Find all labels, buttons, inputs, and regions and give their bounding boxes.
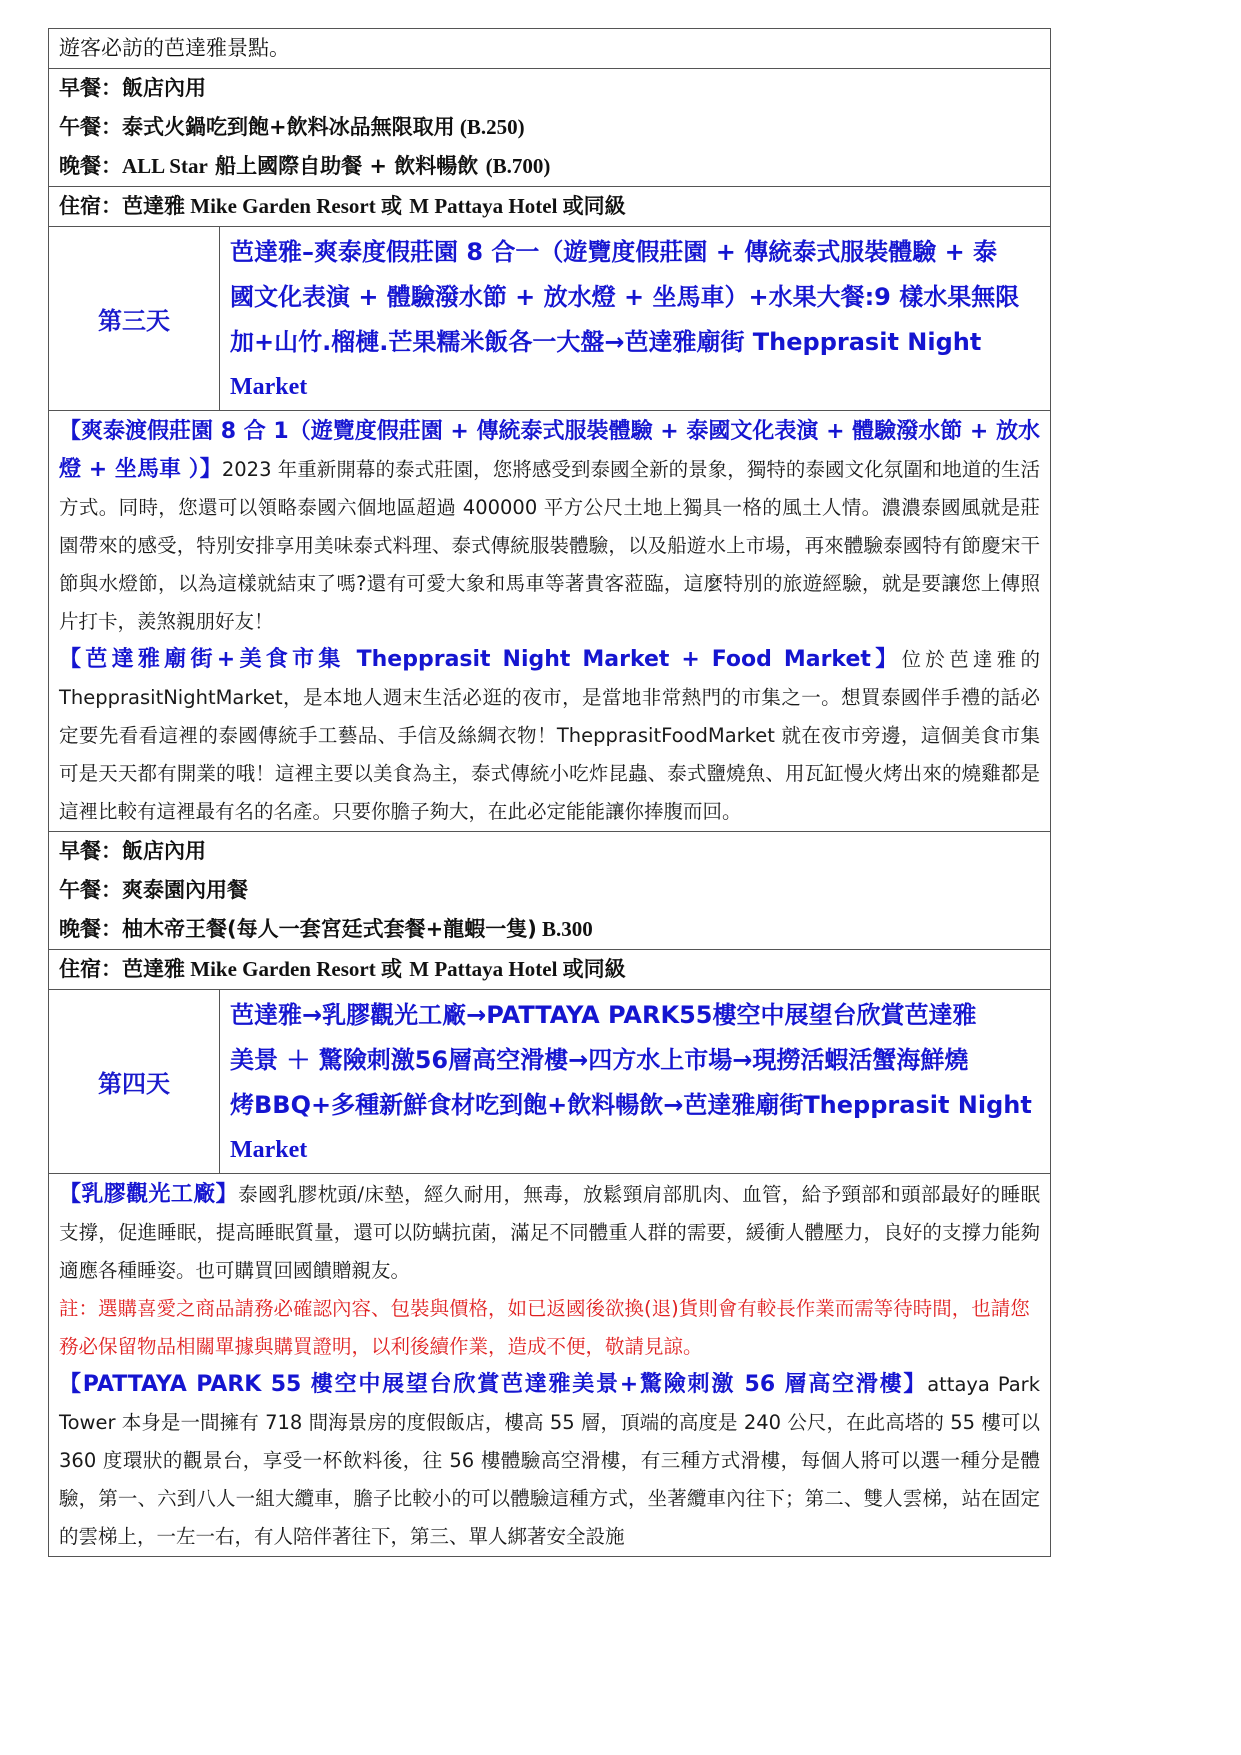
day3-header-row: 第三天 芭達雅–爽泰度假莊園 8 合一（遊覽度假莊園 + 傳統泰式服裝體驗 + … bbox=[49, 227, 1051, 411]
itinerary-table: 遊客必訪的芭達雅景點。 早餐：飯店內用 午餐：泰式火鍋吃到飽+飲料冰品無限取用 … bbox=[48, 28, 1051, 1557]
day4-label: 第四天 bbox=[98, 1070, 170, 1098]
day3-title-line: 加+山竹.榴槤.芒果糯米飯各一大盤→芭達雅廟街 Thepprasit Night bbox=[230, 320, 1040, 365]
dinner-text: 晚餐：柚木帝王餐(每人一套宮廷式套餐+龍蝦一隻) bbox=[59, 917, 537, 941]
day3-section2-heading: 【芭達雅廟街+美食市集 Thepprasit Night Market + Fo… bbox=[59, 647, 902, 672]
dinner-text: 船上國際自助餐 + 飲料暢飲 bbox=[208, 154, 486, 178]
day4-section1-heading: 【乳膠觀光工廠】 bbox=[59, 1182, 238, 1207]
day3-title: 芭達雅–爽泰度假莊園 8 合一（遊覽度假莊園 + 傳統泰式服裝體驗 + 泰 國文… bbox=[230, 229, 1040, 410]
dinner-line: 晚餐：柚木帝王餐(每人一套宮廷式套餐+龍蝦一隻) B.300 bbox=[59, 910, 1040, 949]
day4-title-cell: 芭達雅→乳膠觀光工廠→PATTAYA PARK55樓空中展望台欣賞芭達雅 美景 … bbox=[220, 990, 1051, 1174]
day3-title-cell: 芭達雅–爽泰度假莊園 8 合一（遊覽度假莊園 + 傳統泰式服裝體驗 + 泰 國文… bbox=[220, 227, 1051, 411]
day4-section2-heading: 【PATTAYA PARK 55 樓空中展望台欣賞芭達雅美景+驚險刺激 56 層… bbox=[59, 1372, 927, 1397]
day4-section2-body: attaya Park Tower 本身是一間擁有 718 間海景房的度假飯店，… bbox=[59, 1373, 1040, 1548]
hotel-option-1: Mike Garden Resort bbox=[185, 957, 381, 981]
lunch-price: (B.250) bbox=[455, 115, 525, 139]
day4-description-row: 【乳膠觀光工廠】泰國乳膠枕頭/床墊，經久耐用，無毒，放鬆頸肩部肌肉、血管，給予頸… bbox=[49, 1174, 1051, 1557]
day3-meals-row: 早餐：飯店內用 午餐：爽泰園內用餐 晚餐：柚木帝王餐(每人一套宮廷式套餐+龍蝦一… bbox=[49, 832, 1051, 950]
day4-label-cell: 第四天 bbox=[49, 990, 220, 1174]
day4-header-row: 第四天 芭達雅→乳膠觀光工廠→PATTAYA PARK55樓空中展望台欣賞芭達雅… bbox=[49, 990, 1051, 1174]
hotel-label: 住宿：芭達雅 bbox=[59, 957, 185, 981]
itinerary-page: 遊客必訪的芭達雅景點。 早餐：飯店內用 午餐：泰式火鍋吃到飽+飲料冰品無限取用 … bbox=[48, 28, 1051, 1557]
day3-hotel-row: 住宿：芭達雅 Mike Garden Resort 或 M Pattaya Ho… bbox=[49, 950, 1051, 990]
day4-title-line: 芭達雅→乳膠觀光工廠→PATTAYA PARK55樓空中展望台欣賞芭達雅 bbox=[230, 993, 1040, 1038]
dinner-line: 晚餐：ALL Star 船上國際自助餐 + 飲料暢飲 (B.700) bbox=[59, 147, 1040, 186]
hotel-option-2: M Pattaya Hotel bbox=[409, 194, 562, 218]
day3-title-line: 芭達雅–爽泰度假莊園 8 合一（遊覽度假莊園 + 傳統泰式服裝體驗 + 泰 bbox=[230, 230, 1040, 275]
day3-label-cell: 第三天 bbox=[49, 227, 220, 411]
day4-section1: 【乳膠觀光工廠】泰國乳膠枕頭/床墊，經久耐用，無毒，放鬆頸肩部肌肉、血管，給予頸… bbox=[59, 1176, 1040, 1290]
hotel-or-equivalent: 或同級 bbox=[563, 194, 626, 218]
day2-hotel-row: 住宿：芭達雅 Mike Garden Resort 或 M Pattaya Ho… bbox=[49, 187, 1051, 227]
day4-title-line: Market bbox=[230, 1128, 1040, 1173]
day3-title-line: 國文化表演 + 體驗潑水節 + 放水燈 + 坐馬車）+水果大餐:9 樣水果無限 bbox=[230, 275, 1040, 320]
day4-section2: 【PATTAYA PARK 55 樓空中展望台欣賞芭達雅美景+驚險刺激 56 層… bbox=[59, 1366, 1040, 1556]
day3-label: 第三天 bbox=[98, 307, 170, 335]
dinner-venue: ALL Star bbox=[122, 154, 208, 178]
lunch-line: 午餐：泰式火鍋吃到飽+飲料冰品無限取用 (B.250) bbox=[59, 108, 1040, 147]
hotel-or-equivalent: 或同級 bbox=[563, 957, 626, 981]
intro-tail-text: 遊客必訪的芭達雅景點。 bbox=[59, 29, 1040, 68]
hotel-line: 住宿：芭達雅 Mike Garden Resort 或 M Pattaya Ho… bbox=[59, 950, 1040, 989]
breakfast-line: 早餐：飯店內用 bbox=[59, 69, 1040, 108]
dinner-label: 晚餐： bbox=[59, 154, 122, 178]
dinner-price: B.300 bbox=[537, 917, 593, 941]
lunch-text: 午餐：泰式火鍋吃到飽+飲料冰品無限取用 bbox=[59, 115, 455, 139]
day3-section1: 【爽泰渡假莊園 8 合 1（遊覽度假莊園 + 傳統泰式服裝體驗 + 泰國文化表演… bbox=[59, 413, 1040, 641]
intro-tail-row: 遊客必訪的芭達雅景點。 bbox=[49, 29, 1051, 69]
day3-description-row: 【爽泰渡假莊園 8 合 1（遊覽度假莊園 + 傳統泰式服裝體驗 + 泰國文化表演… bbox=[49, 411, 1051, 832]
hotel-option-1: Mike Garden Resort bbox=[185, 194, 381, 218]
day3-section2: 【芭達雅廟街+美食市集 Thepprasit Night Market + Fo… bbox=[59, 641, 1040, 831]
purchase-note: 註：選購喜愛之商品請務必確認內容、包裝與價格，如已返國後欲換(退)貨則會有較長作… bbox=[59, 1290, 1040, 1366]
day3-section2-body: 位於芭達雅的 ThepprasitNightMarket，是本地人週末生活必逛的… bbox=[59, 648, 1040, 823]
hotel-option-2: M Pattaya Hotel bbox=[409, 957, 562, 981]
breakfast-line: 早餐：飯店內用 bbox=[59, 832, 1040, 871]
hotel-or: 或 bbox=[381, 957, 409, 981]
dinner-price: (B.700) bbox=[486, 154, 551, 178]
hotel-line: 住宿：芭達雅 Mike Garden Resort 或 M Pattaya Ho… bbox=[59, 187, 1040, 226]
hotel-or: 或 bbox=[381, 194, 409, 218]
lunch-line: 午餐：爽泰園內用餐 bbox=[59, 871, 1040, 910]
day3-title-line: Market bbox=[230, 365, 1040, 410]
hotel-label: 住宿：芭達雅 bbox=[59, 194, 185, 218]
day4-title-line: 美景 ＋ 驚險刺激56層高空滑樓→四方水上市場→現撈活蝦活蟹海鮮燒 bbox=[230, 1038, 1040, 1083]
day2-meals-row: 早餐：飯店內用 午餐：泰式火鍋吃到飽+飲料冰品無限取用 (B.250) 晚餐：A… bbox=[49, 69, 1051, 187]
day3-section1-body: 2023 年重新開幕的泰式莊園，您將感受到泰國全新的景象，獨特的泰國文化氛圍和地… bbox=[59, 458, 1040, 633]
day4-title-line: 烤BBQ+多種新鮮食材吃到飽+飲料暢飲→芭達雅廟街Thepprasit Nigh… bbox=[230, 1083, 1040, 1128]
day4-title: 芭達雅→乳膠觀光工廠→PATTAYA PARK55樓空中展望台欣賞芭達雅 美景 … bbox=[230, 992, 1040, 1173]
